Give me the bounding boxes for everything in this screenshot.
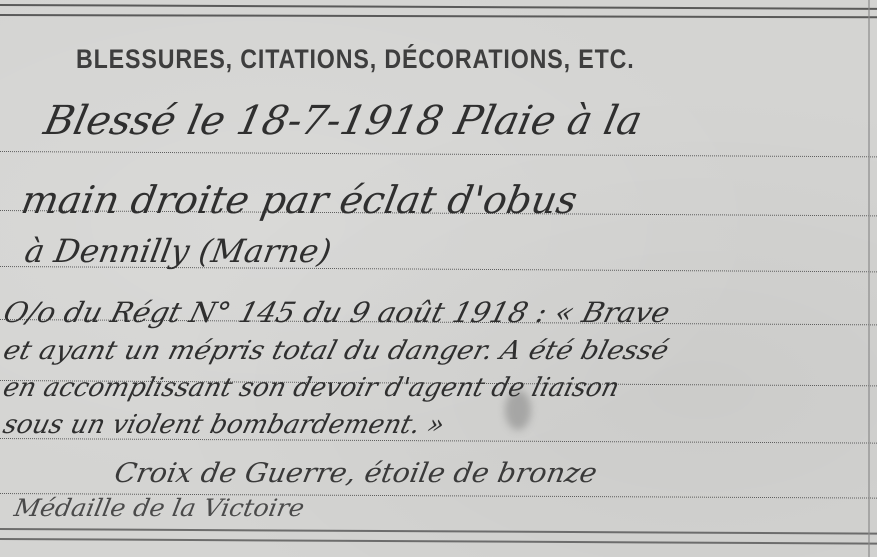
section-heading: BLESSURES, CITATIONS, DÉCORATIONS, ETC. [76,44,704,75]
right-border-line [868,0,870,557]
handwritten-line-wound-date: Blessé le 18-7-1918 Plaie à la [40,98,646,144]
handwritten-line-citation-order: O/o du Régt N° 145 du 9 août 1918 : « Br… [0,296,673,329]
handwritten-line-decoration-croix: Croix de Guerre, étoile de bronze [112,458,599,489]
handwritten-line-citation-text-3: sous un violent bombardement. » [0,410,448,440]
ruled-line [0,528,877,535]
ruled-line [0,151,877,157]
handwritten-line-wound-place: à Dennilly (Marne) [22,232,334,270]
top-border-line-2 [0,14,877,18]
handwritten-line-citation-text-2: en accomplissant son devoir d'agent de l… [0,373,622,403]
bottom-border-line [0,538,877,545]
top-border-line [0,4,877,10]
record-card: BLESSURES, CITATIONS, DÉCORATIONS, ETC. … [0,0,877,557]
handwritten-line-wound-description: main droite par éclat d'obus [18,178,581,222]
handwritten-line-decoration-medaille: Médaille de la Victoire [12,494,307,522]
handwritten-line-citation-text-1: et ayant un mépris total du danger. A ét… [0,336,672,366]
